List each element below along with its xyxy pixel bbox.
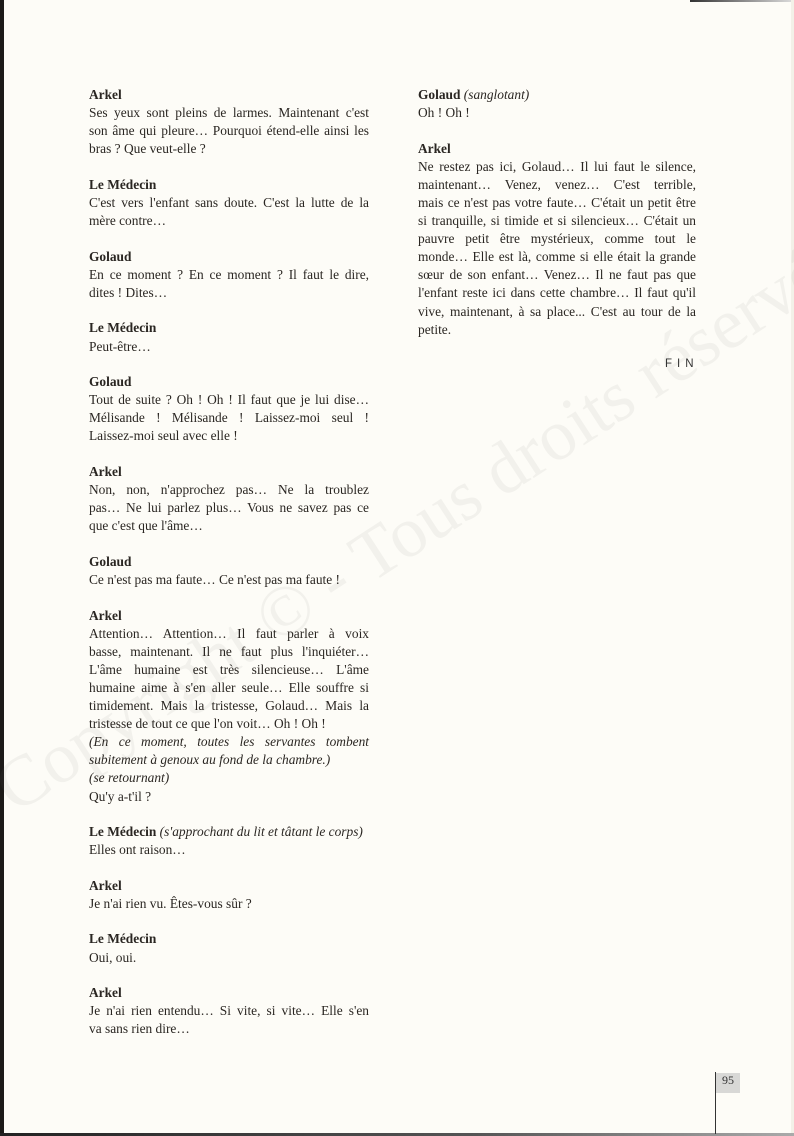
speaker-name: Golaud	[89, 249, 131, 264]
speaker-line: Golaud	[89, 373, 369, 391]
speaker-line: Golaud (sanglotant)	[418, 86, 696, 104]
dialogue-block: ArkelNon, non, n'approchez pas… Ne la tr…	[89, 463, 369, 535]
dialogue-line: vive, maintenant, à sa place... C'est au…	[418, 303, 696, 321]
dialogue-line: Oh ! Oh !	[418, 104, 696, 122]
page-edge-left	[0, 0, 4, 1136]
dialogue-line: timidement. Mais la tristesse, Golaud… M…	[89, 697, 369, 715]
speaker-name: Golaud	[89, 554, 131, 569]
dialogue-line: En ce moment ? En ce moment ? Il faut le…	[89, 266, 369, 284]
dialogue-line: Tout de suite ? Oh ! Oh ! Il faut que je…	[89, 391, 369, 409]
speaker-name: Golaud	[89, 374, 131, 389]
dialogue-line: humaine aime à s'en aller seule… Elle so…	[89, 679, 369, 697]
dialogue-block: Le MédecinC'est vers l'enfant sans doute…	[89, 176, 369, 230]
dialogue-line: L'âme humaine est très silencieuse… L'âm…	[89, 661, 369, 679]
dialogue-line: Oui, oui.	[89, 949, 369, 967]
dialogue-line: Laissez-moi seul avec elle !	[89, 427, 369, 445]
left-column: ArkelSes yeux sont pleins de larmes. Mai…	[89, 86, 369, 1056]
speaker-name: Le Médecin	[89, 931, 156, 946]
dialogue-block: Le MédecinOui, oui.	[89, 930, 369, 966]
dialogue-line: basse, maintenant. Il ne faut plus l'inq…	[89, 643, 369, 661]
speaker-name: Arkel	[89, 878, 122, 893]
dialogue-line: Ses yeux sont pleins de larmes. Maintena…	[89, 104, 369, 122]
dialogue-block: ArkelNe restez pas ici, Golaud… Il lui f…	[418, 140, 696, 339]
speaker-line: Arkel	[89, 86, 369, 104]
dialogue-line: monde… Elle est là, comme si elle était …	[418, 248, 696, 266]
dialogue-line: C'est vers l'enfant sans doute. C'est la…	[89, 194, 369, 212]
page-number: 95	[716, 1073, 740, 1093]
speaker-name: Arkel	[89, 608, 122, 623]
speaker-name: Arkel	[89, 464, 122, 479]
page-edge-top	[690, 0, 794, 2]
speaker-name: Le Médecin	[89, 177, 156, 192]
dialogue-line: mais ce n'est pas votre faute… C'était u…	[418, 194, 696, 212]
speaker-line: Le Médecin	[89, 319, 369, 337]
speaker-line: Le Médecin	[89, 176, 369, 194]
dialogue-block: GolaudTout de suite ? Oh ! Oh ! Il faut …	[89, 373, 369, 445]
dialogue-block: ArkelJe n'ai rien vu. Êtes-vous sûr ?	[89, 877, 369, 913]
dialogue-block: Le Médecin (s'approchant du lit et tâtan…	[89, 823, 369, 859]
dialogue-line: Attention… Attention… Il faut parler à v…	[89, 625, 369, 643]
dialogue-line: son âme qui pleure… Pourquoi étend-elle …	[89, 122, 369, 140]
dialogue-line: Qu'y a-t'il ?	[89, 788, 369, 806]
dialogue-line: Je n'ai rien vu. Êtes-vous sûr ?	[89, 895, 369, 913]
speaker-line: Le Médecin (s'approchant du lit et tâtan…	[89, 823, 369, 841]
dialogue-block: ArkelJe n'ai rien entendu… Si vite, si v…	[89, 984, 369, 1038]
dialogue-line: tristesse de tout ce que l'on voit… Oh !…	[89, 715, 369, 733]
dialogue-block: Le MédecinPeut-être…	[89, 319, 369, 355]
speaker-line: Golaud	[89, 248, 369, 266]
speaker-line: Arkel	[89, 463, 369, 481]
stage-direction: (se retournant)	[89, 769, 369, 787]
dialogue-block: ArkelSes yeux sont pleins de larmes. Mai…	[89, 86, 369, 158]
dialogue-line: Ne restez pas ici, Golaud… Il lui faut l…	[418, 158, 696, 176]
speaker-line: Le Médecin	[89, 930, 369, 948]
dialogue-line: va sans rien dire…	[89, 1020, 369, 1038]
dialogue-block: GolaudEn ce moment ? En ce moment ? Il f…	[89, 248, 369, 302]
speaker-name: Le Médecin	[89, 320, 156, 335]
stage-direction: subitement à genoux au fond de la chambr…	[89, 751, 369, 769]
speaker-name: Golaud	[418, 87, 460, 102]
dialogue-line: pauvre petit être mystérieux, comme tout…	[418, 230, 696, 248]
speaker-name: Arkel	[418, 141, 451, 156]
speaker-name: Arkel	[89, 985, 122, 1000]
dialogue-line: Mélisande ! Mélisande ! Laissez-moi seul…	[89, 409, 369, 427]
dialogue-line: mère contre…	[89, 212, 369, 230]
speaker-line: Arkel	[89, 607, 369, 625]
dialogue-line: Elles ont raison…	[89, 841, 369, 859]
speaker-line: Arkel	[89, 877, 369, 895]
dialogue-line: Non, non, n'approchez pas… Ne la trouble…	[89, 481, 369, 499]
dialogue-block: GolaudCe n'est pas ma faute… Ce n'est pa…	[89, 553, 369, 589]
dialogue-line: sœur de son enfant… Venez… Il ne faut pa…	[418, 266, 696, 284]
dialogue-line: Peut-être…	[89, 338, 369, 356]
speaker-line: Arkel	[418, 140, 696, 158]
speaker-name: Le Médecin	[89, 824, 156, 839]
dialogue-line: dites ! Dites…	[89, 284, 369, 302]
dialogue-line: Je n'ai rien entendu… Si vite, si vite… …	[89, 1002, 369, 1020]
dialogue-line: bras ? Que veut-elle ?	[89, 140, 369, 158]
dialogue-line: Ce n'est pas ma faute… Ce n'est pas ma f…	[89, 571, 369, 589]
right-column: Golaud (sanglotant)Oh ! Oh !ArkelNe rest…	[418, 86, 696, 356]
fin-marker: FIN	[665, 358, 699, 370]
speaker-name: Arkel	[89, 87, 122, 102]
dialogue-line: l'enfant reste ici dans cette chambre… I…	[418, 284, 696, 302]
dialogue-line: maintenant… Venez, venez… C'est terrible…	[418, 176, 696, 194]
dialogue-line: pas… Ne lui parlez plus… Vous ne savez p…	[89, 499, 369, 517]
stage-direction: (sanglotant)	[464, 87, 529, 102]
stage-direction: (En ce moment, toutes les servantes tomb…	[89, 733, 369, 751]
dialogue-line: petite.	[418, 321, 696, 339]
stage-direction: (s'approchant du lit et tâtant le corps)	[160, 824, 363, 839]
dialogue-line: si tranquille, si timide et si silencieu…	[418, 212, 696, 230]
speaker-line: Golaud	[89, 553, 369, 571]
dialogue-block: ArkelAttention… Attention… Il faut parle…	[89, 607, 369, 806]
dialogue-line: que c'est que l'âme…	[89, 517, 369, 535]
speaker-line: Arkel	[89, 984, 369, 1002]
dialogue-block: Golaud (sanglotant)Oh ! Oh !	[418, 86, 696, 122]
